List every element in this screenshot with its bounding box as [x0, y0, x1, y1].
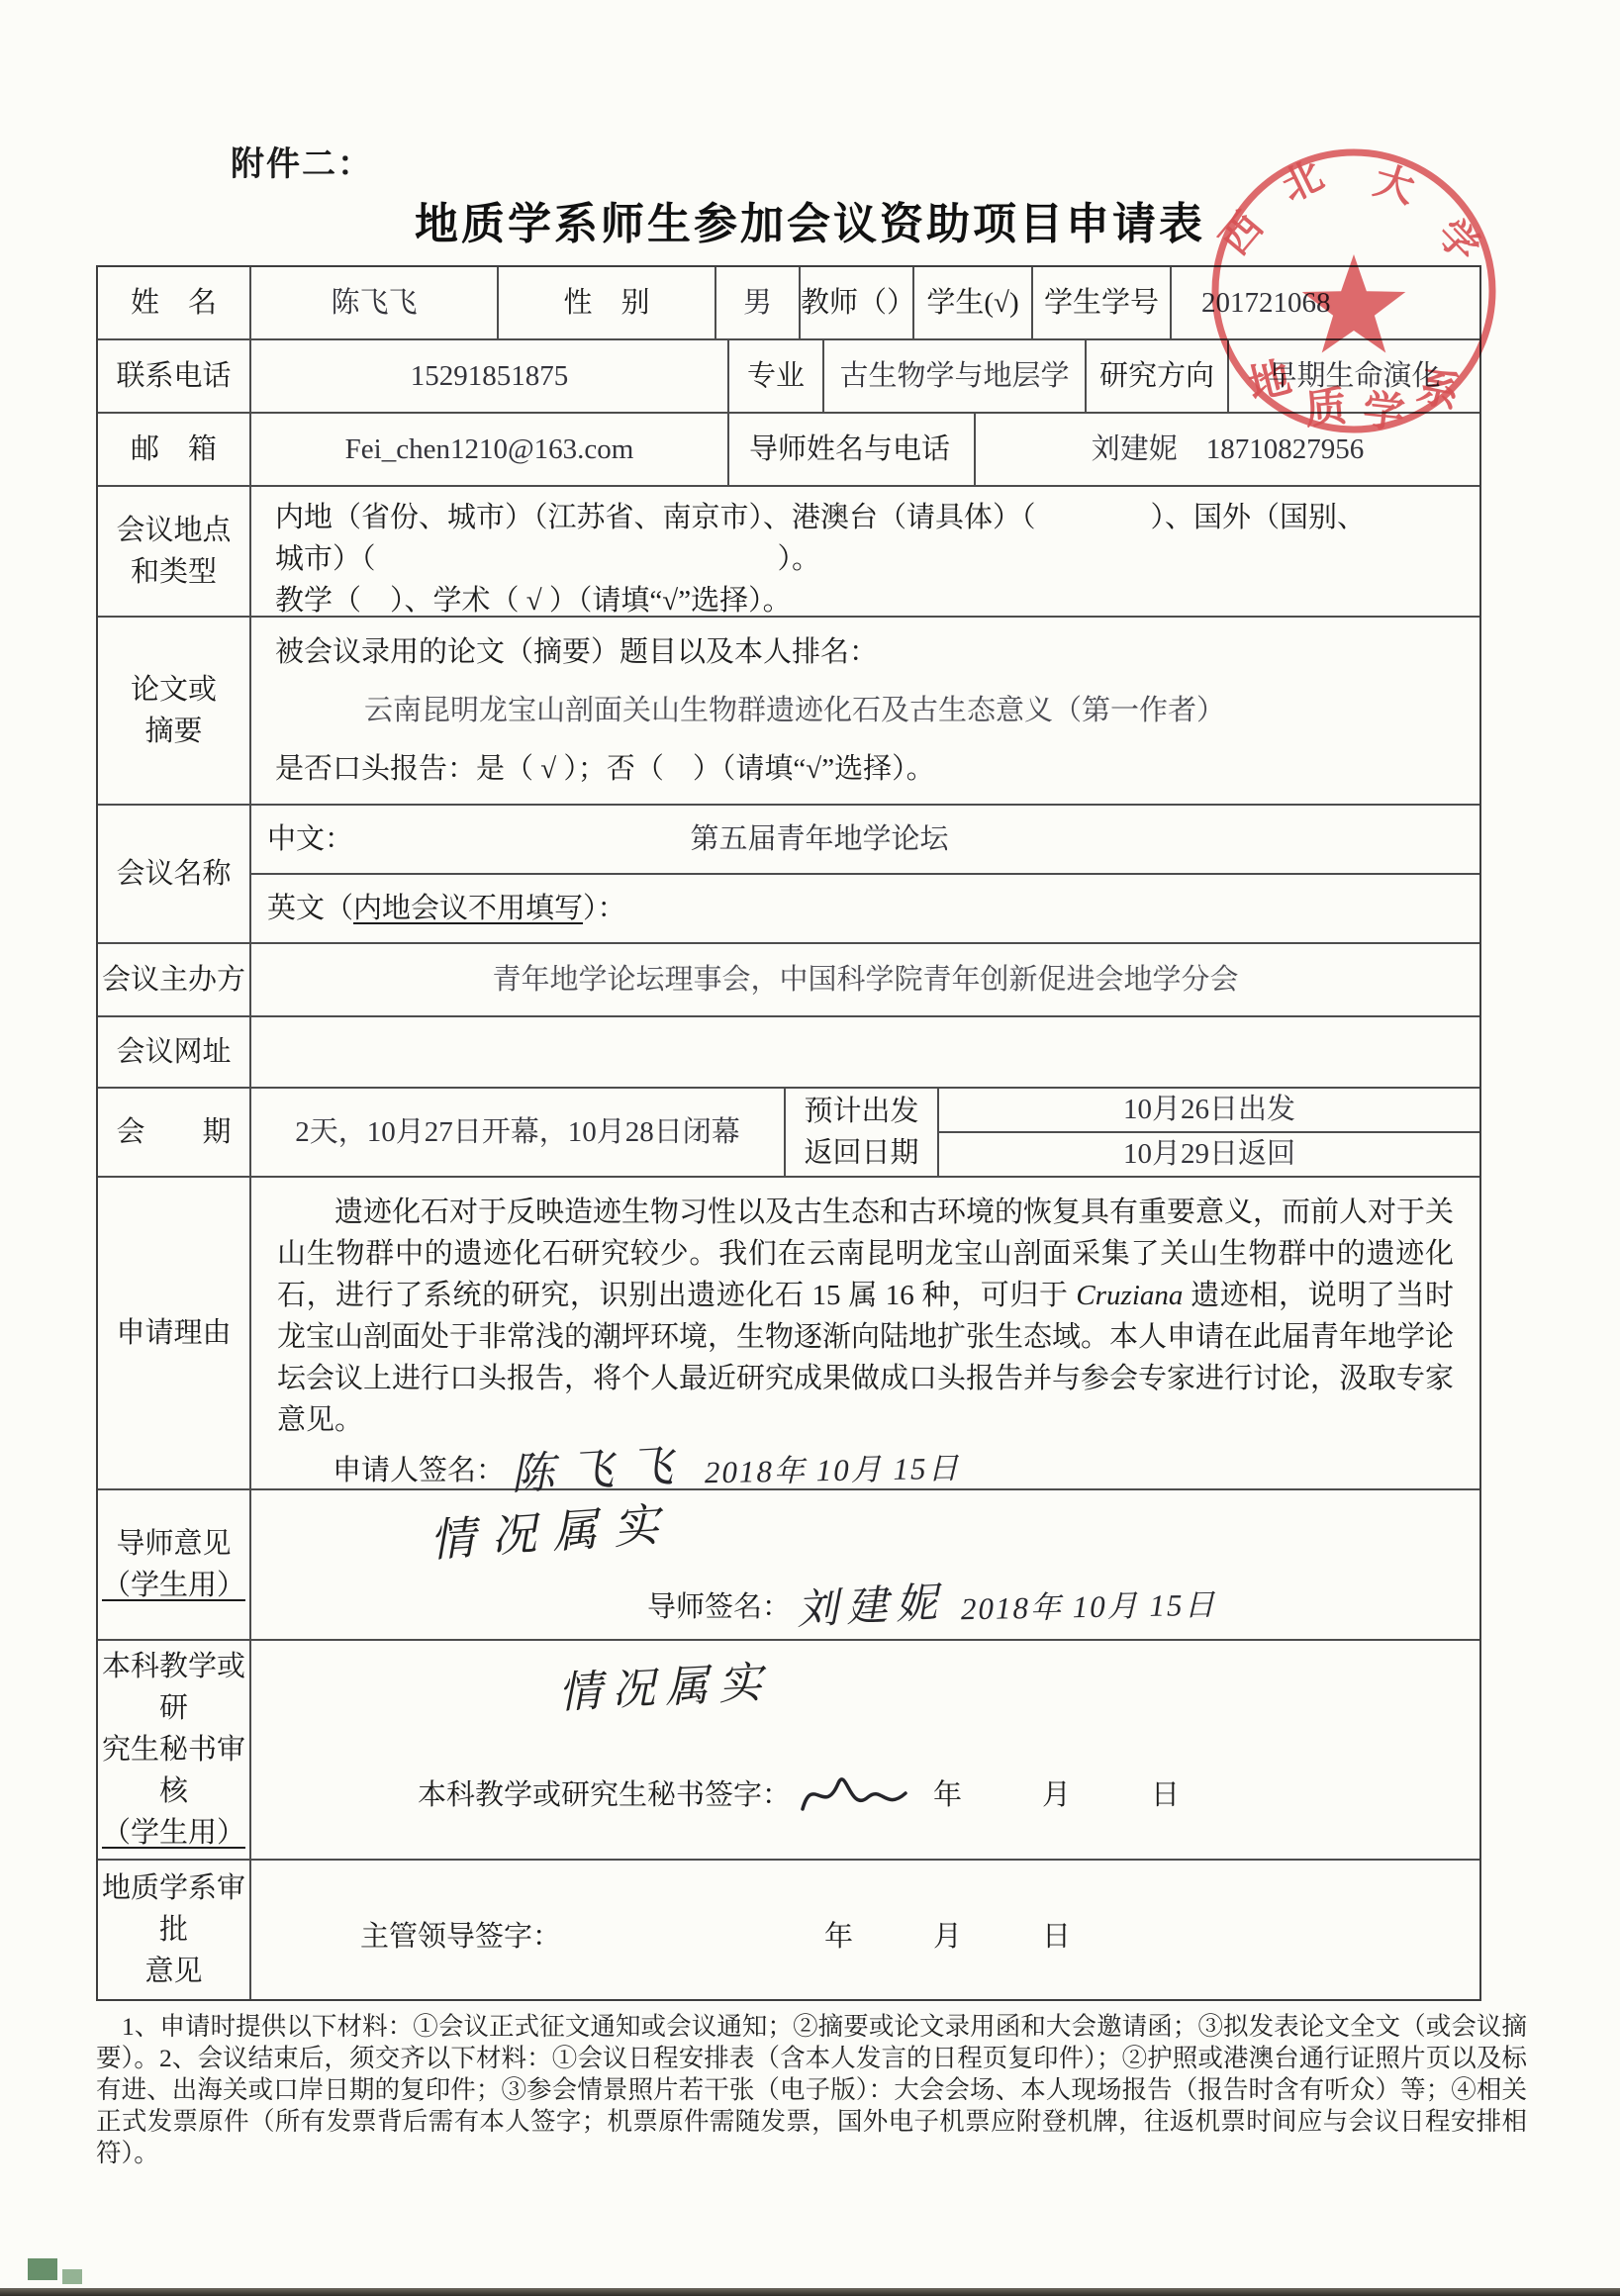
department-stamp-icon: 西 北 大 学 地 质 学 系 [1205, 141, 1502, 449]
advisor-sign-date: 2018年 10月 15日 [961, 1583, 1217, 1632]
stamp-char: 大 [1370, 157, 1420, 211]
table-row: 本科教学或研 究生秘书审核 （学生用） 情况属实 本科教学或研究生秘书签字： 年… [98, 1639, 1479, 1859]
application-form-table: 姓 名 陈飞飞 性 别 男 教师（） 学生(√) 学生学号 201721068 … [96, 265, 1481, 2001]
return-date-value: 10月29日返回 [939, 1131, 1479, 1176]
phone-label: 联系电话 [98, 340, 249, 412]
location-type-content: 内地（省份、城市）（江苏省、南京市）、港澳台（请具体）（ ）、国外（国别、 城市… [249, 487, 1479, 616]
table-row: 会议网址 [98, 1015, 1479, 1087]
applicant-sign-date: 2018年 10月 15日 [705, 1446, 961, 1494]
secretary-review-label: 本科教学或研 究生秘书审核 （学生用） [98, 1641, 249, 1859]
session-value: 2天，10月27日开幕，10月28日闭幕 [249, 1089, 784, 1176]
website-value [249, 1017, 1479, 1087]
major-value: 古生物学与地层学 [822, 340, 1085, 412]
organizer-label: 会议主办方 [98, 944, 249, 1015]
conference-name-cn-row: 中文： 第五届青年地学论坛 [251, 806, 1479, 873]
secretary-date-suffix: 年 月 日 [933, 1774, 1205, 1816]
depart-date-value: 10月26日出发 [939, 1089, 1479, 1131]
location-line1: 内地（省份、城市）（江苏省、南京市）、港澳台（请具体）（ ）、国外（国别、 [275, 497, 1366, 538]
stamp-char: 北 [1275, 152, 1330, 210]
genus-name-italic: Cruziana [1076, 1280, 1183, 1311]
stamp-char: 学 [1429, 211, 1488, 270]
secretary-sign-line: 本科教学或研究生秘书签字： 年 月 日 [418, 1768, 1205, 1823]
advisor-sign-line: 导师签名： 刘建妮 2018年 10月 15日 [647, 1578, 1217, 1638]
reason-paragraph: 遗迹化石对于反映造迹生物习性以及古生态和古环境的恢复具有重要意义，而前人对于关山… [277, 1192, 1454, 1441]
applicant-sign-line: 申请人签名： 陈飞飞 2018年 10月 15日 [333, 1445, 1454, 1496]
email-label: 邮 箱 [98, 414, 249, 485]
cn-value: 第五届青年地学论坛 [353, 818, 1286, 860]
website-label: 会议网址 [98, 1017, 249, 1087]
en-label-underlined: 内地会议不用填写 [353, 888, 583, 929]
student-checkbox-label: 学生(√) [912, 267, 1031, 338]
stamp-char: 质 [1303, 383, 1349, 432]
major-label: 专业 [727, 340, 822, 412]
en-label-suffix: ）： [583, 888, 626, 929]
applicant-sign-label: 申请人签名： [333, 1450, 505, 1491]
name-value: 陈飞飞 [249, 267, 497, 338]
department-approval-content: 主管领导签字： 年 月 日 [249, 1861, 1479, 1999]
stamp-char: 学 [1361, 387, 1407, 437]
leader-sign-label: 主管领导签字： [360, 1916, 561, 1958]
stamp-char: 地 [1244, 354, 1295, 410]
table-row: 导师意见 （学生用） 情况属实 导师签名： 刘建妮 2018年 10月 15日 [98, 1488, 1479, 1639]
paper-instruction: 被会议录用的论文（摘要）题目以及本人排名： [275, 631, 878, 673]
table-row: 会议主办方 青年地学论坛理事会，中国科学院青年创新促进会地学分会 [98, 942, 1479, 1015]
oral-report-line: 是否口头报告：是（ √ ）；否（ ）（请填“√”选择）。 [275, 748, 935, 790]
conference-name-en-row: 英文（内地会议不用填写）： [251, 873, 1479, 942]
advisor-comment-handwritten: 情况属实 [428, 1491, 677, 1575]
scan-artifact-green [28, 2258, 57, 2280]
advisor-label: 导师姓名与电话 [727, 414, 974, 485]
secretary-sign-label: 本科教学或研究生秘书签字： [418, 1774, 791, 1816]
secretary-review-content: 情况属实 本科教学或研究生秘书签字： 年 月 日 [249, 1641, 1479, 1859]
location-line2: 城市）（ ）。 [275, 538, 820, 580]
phone-value: 15291851875 [249, 340, 727, 412]
paper-title: 云南昆明龙宝山剖面关山生物群遗迹化石及古生态意义（第一作者） [275, 690, 1225, 731]
advisor-opinion-content: 情况属实 导师签名： 刘建妮 2018年 10月 15日 [249, 1490, 1479, 1639]
type-line: 教学（ ）、学术（ √ ）（请填“√”选择）。 [275, 580, 792, 622]
table-row: 会议名称 中文： 第五届青年地学论坛 英文（内地会议不用填写）： [98, 804, 1479, 942]
location-type-label: 会议地点 和类型 [98, 487, 249, 616]
attachment-label: 附件二： [231, 137, 373, 185]
conference-name-label: 会议名称 [98, 806, 249, 942]
secretary-signature-scribble [795, 1768, 913, 1823]
name-label: 姓 名 [98, 267, 249, 338]
secretary-comment-handwritten: 情况属实 [556, 1651, 773, 1725]
paper-abstract-content: 被会议录用的论文（摘要）题目以及本人排名： 云南昆明龙宝山剖面关山生物群遗迹化石… [249, 618, 1479, 804]
footer-notes: 1、申请时提供以下材料：①会议正式征文通知或会议通知；②摘要或论文录用函和大会邀… [96, 2011, 1527, 2169]
reason-label: 申请理由 [98, 1178, 249, 1488]
table-row: 地质学系审批 意见 主管领导签字： 年 月 日 [98, 1859, 1479, 1999]
leader-date-suffix: 年 月 日 [824, 1916, 1096, 1958]
reason-content: 遗迹化石对于反映造迹生物习性以及古生态和古环境的恢复具有重要意义，而前人对于关山… [249, 1178, 1479, 1488]
advisor-opinion-label: 导师意见 （学生用） [98, 1490, 249, 1639]
table-row: 会 期 2天，10月27日开幕，10月28日闭幕 预计出发 返回日期 10月26… [98, 1087, 1479, 1176]
advisor-sign-label: 导师签名： [647, 1586, 791, 1628]
email-value: Fei_chen1210@163.com [249, 414, 727, 485]
table-row: 论文或 摘要 被会议录用的论文（摘要）题目以及本人排名： 云南昆明龙宝山剖面关山… [98, 616, 1479, 804]
scanned-form-page: 附件二： 地质学系师生参加会议资助项目申请表 姓 名 陈飞飞 性 别 男 教师（… [0, 0, 1620, 2296]
scan-artifact-green [62, 2269, 82, 2284]
table-row: 申请理由 遗迹化石对于反映造迹生物习性以及古生态和古环境的恢复具有重要意义，而前… [98, 1176, 1479, 1488]
advisor-signature: 刘建妮 [796, 1574, 947, 1642]
scan-edge-strip [0, 2288, 1620, 2296]
student-id-label: 学生学号 [1031, 267, 1170, 338]
organizer-value: 青年地学论坛理事会，中国科学院青年创新促进会地学分会 [249, 944, 1479, 1015]
en-label-prefix: 英文（ [267, 888, 353, 929]
gender-label: 性 别 [497, 267, 715, 338]
leader-sign-line: 主管领导签字： 年 月 日 [360, 1916, 1096, 1958]
paper-abstract-label: 论文或 摘要 [98, 618, 249, 804]
cn-label: 中文： [267, 818, 353, 860]
session-label: 会 期 [98, 1089, 249, 1176]
teacher-checkbox-label: 教师（） [799, 267, 912, 338]
depart-return-label: 预计出发 返回日期 [784, 1089, 937, 1176]
gender-value: 男 [715, 267, 799, 338]
department-approval-label: 地质学系审批 意见 [98, 1861, 249, 1999]
table-row: 会议地点 和类型 内地（省份、城市）（江苏省、南京市）、港澳台（请具体）（ ）、… [98, 485, 1479, 616]
